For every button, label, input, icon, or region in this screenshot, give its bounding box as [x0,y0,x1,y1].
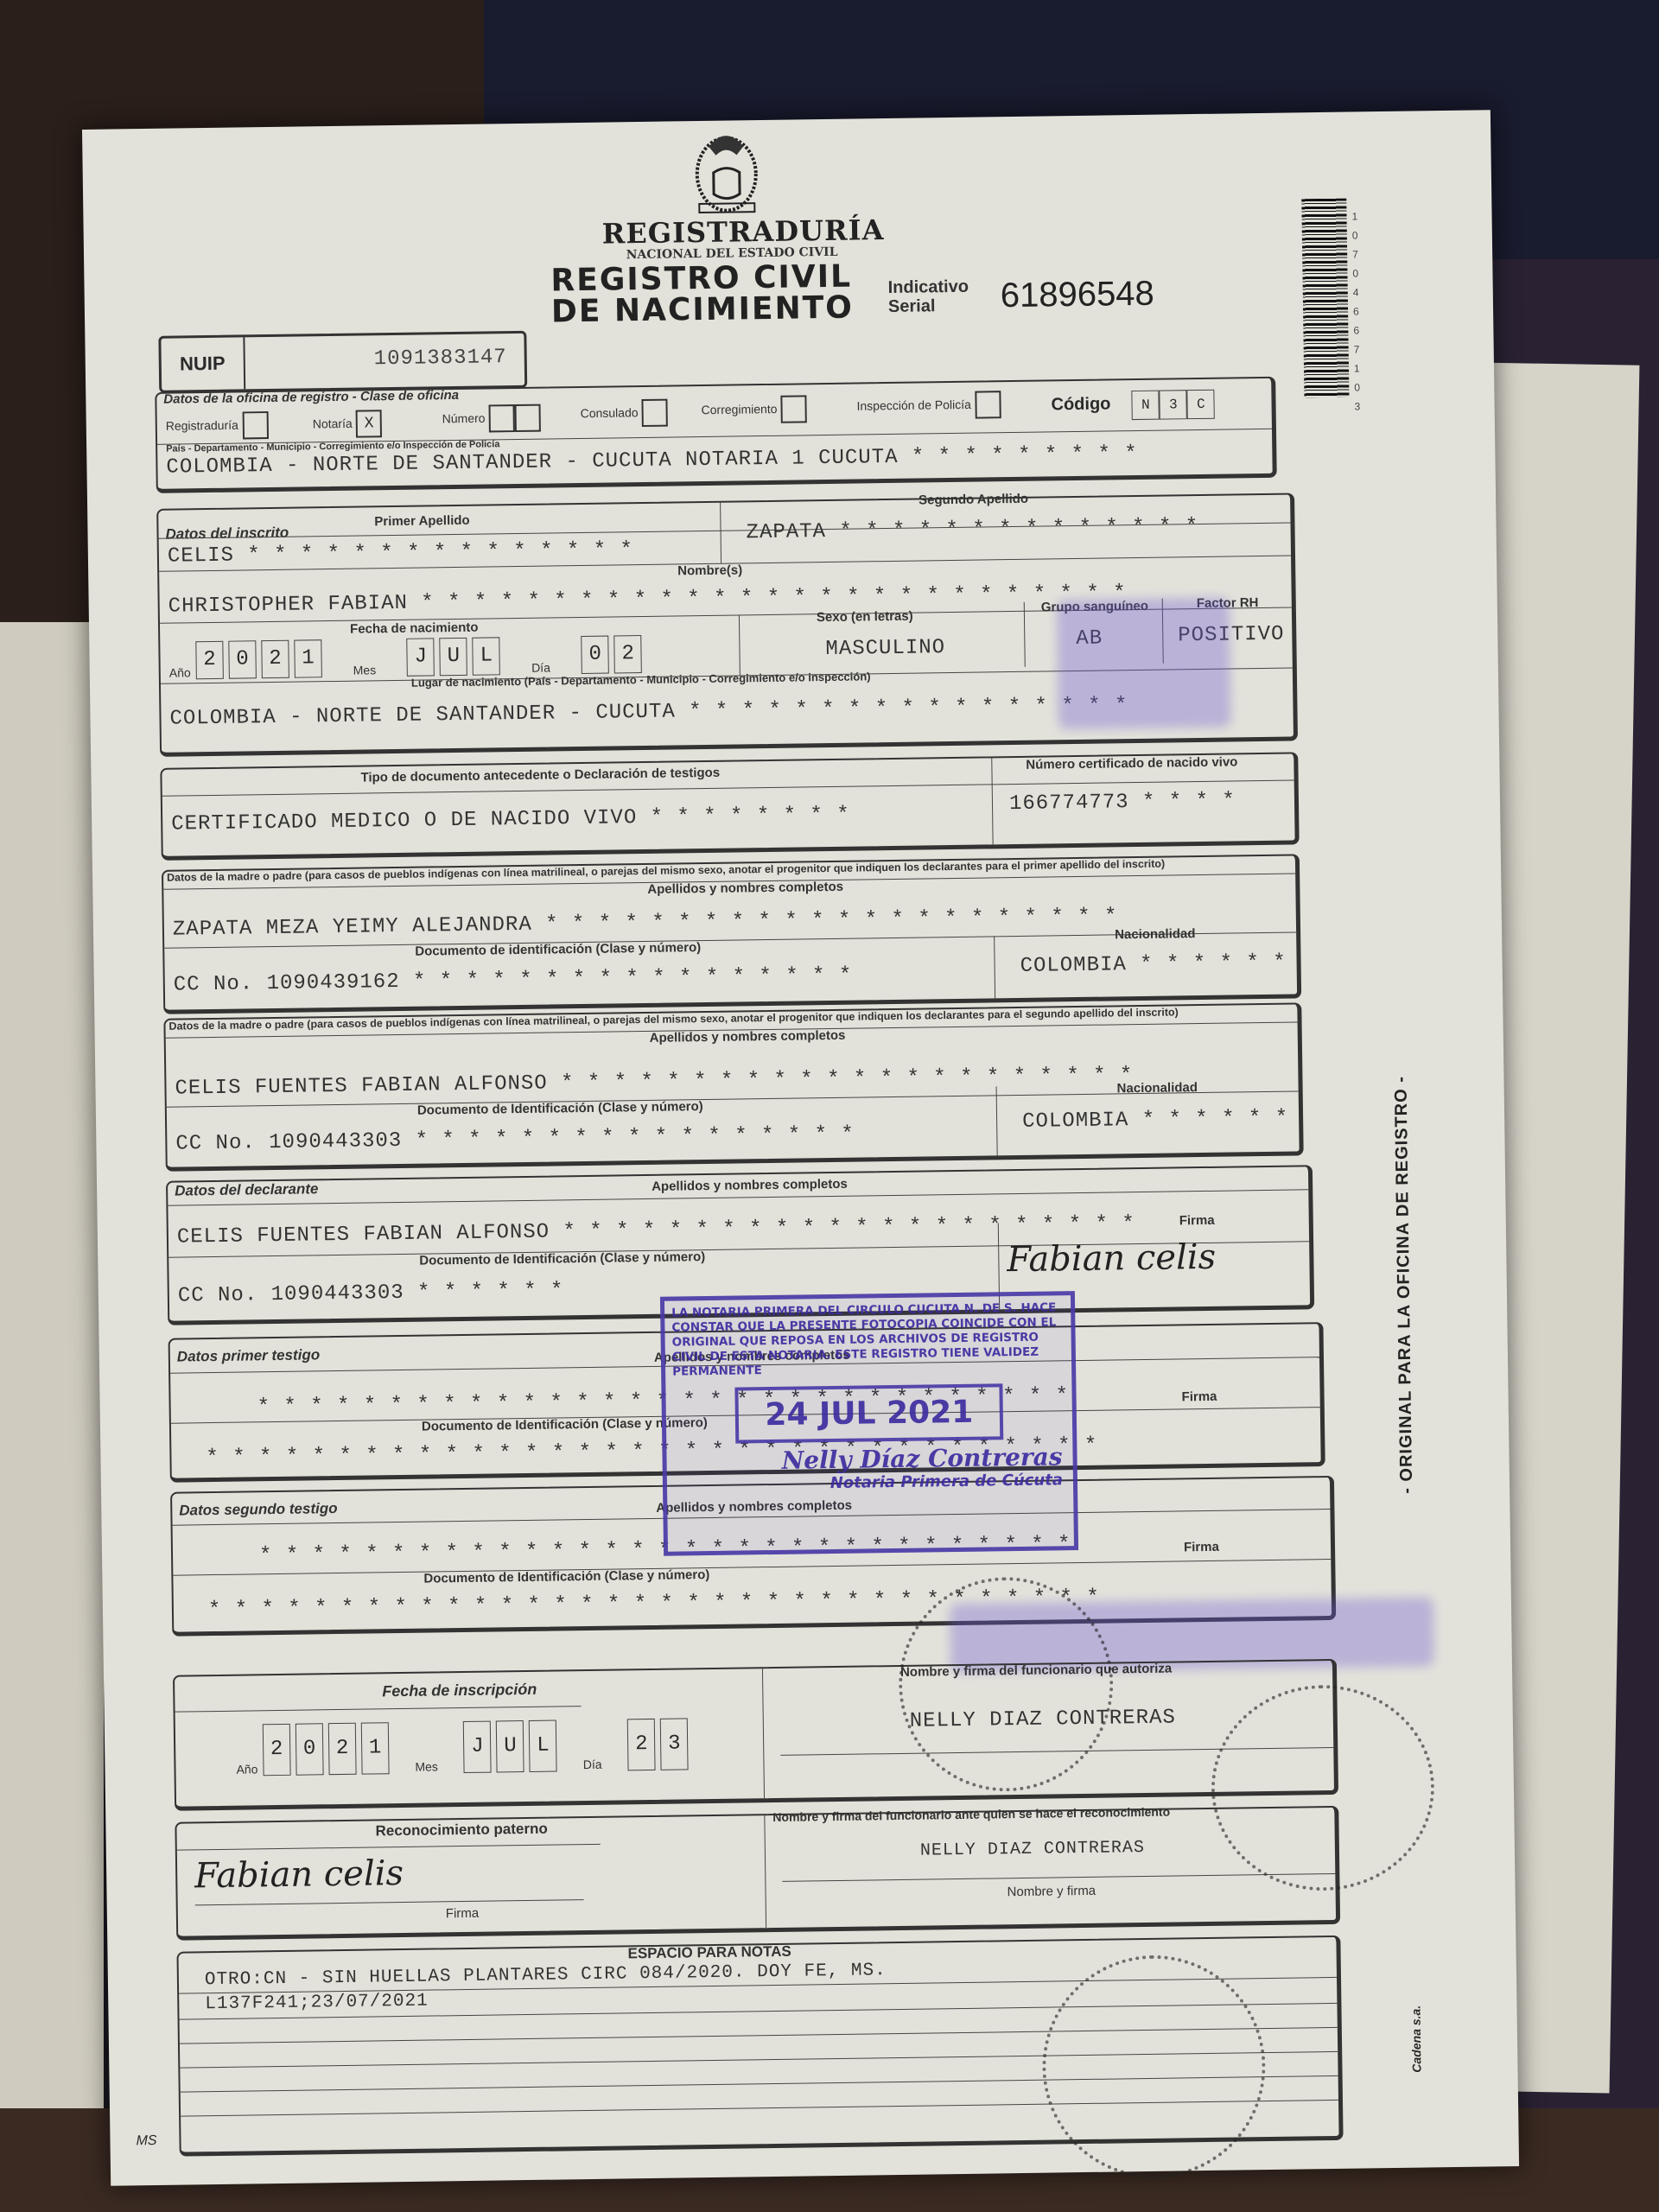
registraduria-checkbox[interactable] [242,411,268,439]
consulado-option: Consulado [580,399,668,428]
padre-documento-value: CC No. 1090443303 * * * * * * * * * * * … [175,1123,855,1156]
antecedente-section: Tipo de documento antecedente o Declarac… [160,752,1299,860]
reconocimiento-firma-label: Firma [446,1906,480,1922]
notary-seal [1210,1683,1435,1892]
madre-nombre-label: Apellidos y nombres completos [647,880,843,897]
declarante-firma-label: Firma [1179,1213,1215,1229]
inspeccion-option: Inspección de Policía [856,391,1001,420]
divider [720,503,721,563]
primer-apellido-value: CELIS * * * * * * * * * * * * * * * [168,538,633,569]
stamp-text: LA NOTARIA PRIMERA DEL CIRCULO CUCUTA N.… [664,1295,1071,1385]
padre-section: Datos de la madre o padre (para casos de… [163,1002,1303,1171]
faded-stamp [1057,598,1231,730]
consulado-label: Consulado [581,405,639,420]
day-digit: 0 [581,636,609,674]
original-label: - ORIGINAL PARA LA OFICINA DE REGISTRO - [1391,1076,1417,1494]
divider [175,1706,582,1713]
anio-label: Año [169,665,191,679]
codigo-char: 3 [1160,390,1187,419]
corregimiento-label: Corregimiento [701,402,777,416]
inspeccion-label: Inspección de Policía [856,397,971,413]
tipo-documento-value: CERTIFICADO MEDICO O DE NACIDO VIVO * * … [171,804,850,836]
dia-label: Día [583,1758,602,1771]
document-title-line2: DE NACIMIENTO [551,293,854,328]
padre-nacionalidad-label: Nacionalidad [1116,1080,1198,1096]
birth-certificate-document: REGISTRADURÍA NACIONAL DEL ESTADO CIVIL … [82,110,1519,2186]
sexo-value: MASCULINO [825,636,945,661]
testigo1-firma-label: Firma [1181,1389,1217,1405]
day-digit: 2 [627,1719,656,1770]
codigo-char: N [1132,391,1160,420]
year-digit: 2 [261,640,289,678]
divider [996,1086,998,1155]
notas-line1: OTRO:CN - SIN HUELLAS PLANTARES CIRC 084… [205,1961,887,1990]
madre-nacionalidad-value: COLOMBIA * * * * * * [1020,951,1286,978]
notaria-label: Notaría [313,416,353,431]
corregimiento-option: Corregimiento [701,395,807,424]
barcode [1301,199,1349,398]
document-title: REGISTRO CIVIL DE NACIMIENTO [550,262,854,328]
divider [994,936,995,998]
coat-of-arms-icon [674,120,779,226]
serial-label-line1: Indicativo [887,277,969,297]
reconocimiento-section-label: Reconocimiento paterno [375,1821,548,1840]
nombre-firma-label: Nombre y firma [1007,1884,1096,1899]
year-digit: 1 [361,1722,390,1774]
month-char: U [440,638,468,676]
tipo-documento-label: Tipo de documento antecedente o Declarac… [360,766,720,785]
segundo-apellido-label: Segundo Apellido [918,492,1028,508]
mes-label: Mes [415,1759,438,1773]
mes-label: Mes [353,663,377,677]
notas-section-label: ESPACIO PARA NOTAS [627,1943,791,1963]
nombres-label: Nombre(s) [677,563,742,578]
padre-nombre-label: Apellidos y nombres completos [650,1028,846,1046]
declarante-documento-label: Documento de Identificación (Clase y núm… [419,1249,705,1268]
nuip-label: NUIP [161,337,245,390]
divider [764,1815,766,1928]
madre-section: Datos de la madre o padre (para casos de… [162,854,1301,1014]
month-char: L [473,637,501,675]
declarante-nombre-value: CELIS FUENTES FABIAN ALFONSO * * * * * *… [177,1212,1135,1249]
year-digit: 2 [195,641,224,679]
barcode-digits: 1 0 7 0 4 6 6 7 1 0 3 [1351,207,1366,416]
notas-line2: L137F241;23/07/2021 [205,1992,429,2015]
nuip-box: NUIP 1091383147 [158,331,527,393]
month-char: U [496,1720,524,1772]
fecha-nacimiento-label: Fecha de nacimiento [350,620,479,637]
madre-documento-value: CC No. 1090439162 * * * * * * * * * * * … [174,964,853,997]
notaria-checkbox[interactable]: X [356,410,382,437]
fecha-nacimiento: Año 2021 Mes JUL Día 02 [168,635,642,680]
numero-box-1[interactable] [489,404,515,432]
madre-nacionalidad-label: Nacionalidad [1115,926,1196,942]
notary-seal [1041,1954,1268,2180]
year-digit: 2 [263,1724,291,1776]
divider [739,614,741,675]
declarante-documento-value: CC No. 1090443303 * * * * * * [178,1279,564,1307]
initials: MS [136,2133,156,2149]
declarante-section-label: Datos del declarante [175,1180,319,1199]
serial-label: Indicativo Serial [887,277,969,316]
inscrito-section-label: Datos del inscrito [165,524,289,543]
day-digit: 3 [660,1718,689,1770]
institution-name: REGISTRADURÍA NACIONAL DEL ESTADO CIVIL [601,213,861,262]
divider [1024,602,1026,667]
year-digit: 0 [296,1723,324,1775]
printer-mark: Cadena s.a. [1408,2005,1423,2073]
month-char: L [529,1720,557,1772]
dia-label: Día [531,660,550,674]
divider [782,1873,1335,1882]
month-char: J [407,638,435,676]
consulado-checkbox[interactable] [642,399,668,427]
codigo-char: C [1187,390,1215,419]
madre-section-label: Datos de la madre o padre (para casos de… [167,858,1165,884]
testigo1-section-label: Datos primer testigo [177,1346,321,1365]
testigo2-documento-label: Documento de Identificación (Clase y núm… [423,1567,709,1586]
madre-documento-label: Documento de identificación (Clase y núm… [415,940,701,959]
padre-documento-label: Documento de Identificación (Clase y núm… [417,1099,703,1118]
divider [177,1844,601,1851]
office-section-label: Datos de la oficina de registro - Clase … [163,388,459,407]
numero-option: Número [442,404,541,434]
office-section: Datos de la oficina de registro - Clase … [155,377,1277,493]
inspeccion-checkbox[interactable] [975,391,1001,418]
primer-apellido-label: Primer Apellido [374,513,470,530]
codigo-field: Código N3C [1051,390,1215,422]
inscripcion-section: Fecha de inscripción Año 2021 Mes JUL Dí… [173,1659,1338,1811]
declarante-signature: Fabian celis [1007,1237,1216,1280]
divider [195,1899,584,1905]
nombres-value: CHRISTOPHER FABIAN * * * * * * * * * * *… [168,582,1127,618]
reconocimiento-signature: Fabian celis [194,1853,404,1896]
funcionario-reconocimiento-value: NELLY DIAZ CONTRERAS [920,1838,1145,1861]
anio-label: Año [236,1762,257,1776]
nuip-value: 1091383147 [245,334,524,390]
reconocimiento-section: Reconocimiento paterno Fabian celis Firm… [175,1806,1340,1941]
year-digit: 1 [294,639,322,677]
year-digit: 0 [228,640,257,678]
padre-nacionalidad-value: COLOMBIA * * * * * * [1022,1107,1288,1134]
divider [991,758,993,844]
segundo-apellido-value: ZAPATA * * * * * * * * * * * * * * [746,515,1198,544]
fecha-inscripcion: Año 2021 Mes JUL Día 23 [236,1718,689,1776]
lugar-nacimiento-value: COLOMBIA - NORTE DE SANTANDER - CUCUTA *… [169,694,1128,730]
notaria-option: Notaría X [313,410,383,438]
funcionario-reconocimiento-label: Nombre y firma del funcionario ante quie… [772,1805,1170,1824]
day-digit: 2 [613,635,642,673]
notary-certification-stamp: LA NOTARIA PRIMERA DEL CIRCULO CUCUTA N.… [660,1291,1078,1556]
numero-box-2[interactable] [515,404,541,432]
sexo-label: Sexo (en letras) [817,609,913,626]
serial-number: 61896548 [1000,275,1154,315]
month-char: J [463,1721,492,1773]
divider [762,1669,765,1798]
codigo-label: Código [1051,394,1110,414]
serial-label-line2: Serial [888,296,969,316]
underlying-paper-left [0,622,104,2212]
certificado-numero-label: Número certificado de nacido vivo [1026,754,1237,772]
declarante-nombre-label: Apellidos y nombres completos [652,1177,848,1194]
testigo2-firma-label: Firma [1184,1540,1219,1555]
inscripcion-section-label: Fecha de inscripción [382,1681,537,1700]
numero-label: Número [442,411,486,426]
stamp-date: 24 JUL 2021 [734,1383,1003,1443]
testigo2-section-label: Datos segundo testigo [179,1500,337,1520]
certificado-numero-value: 166774773 * * * * [1009,789,1236,816]
corregimiento-checkbox[interactable] [781,395,807,423]
year-digit: 2 [328,1723,357,1775]
registraduria-label: Registraduría [166,418,238,433]
registraduria-option: Registraduría [166,411,269,441]
